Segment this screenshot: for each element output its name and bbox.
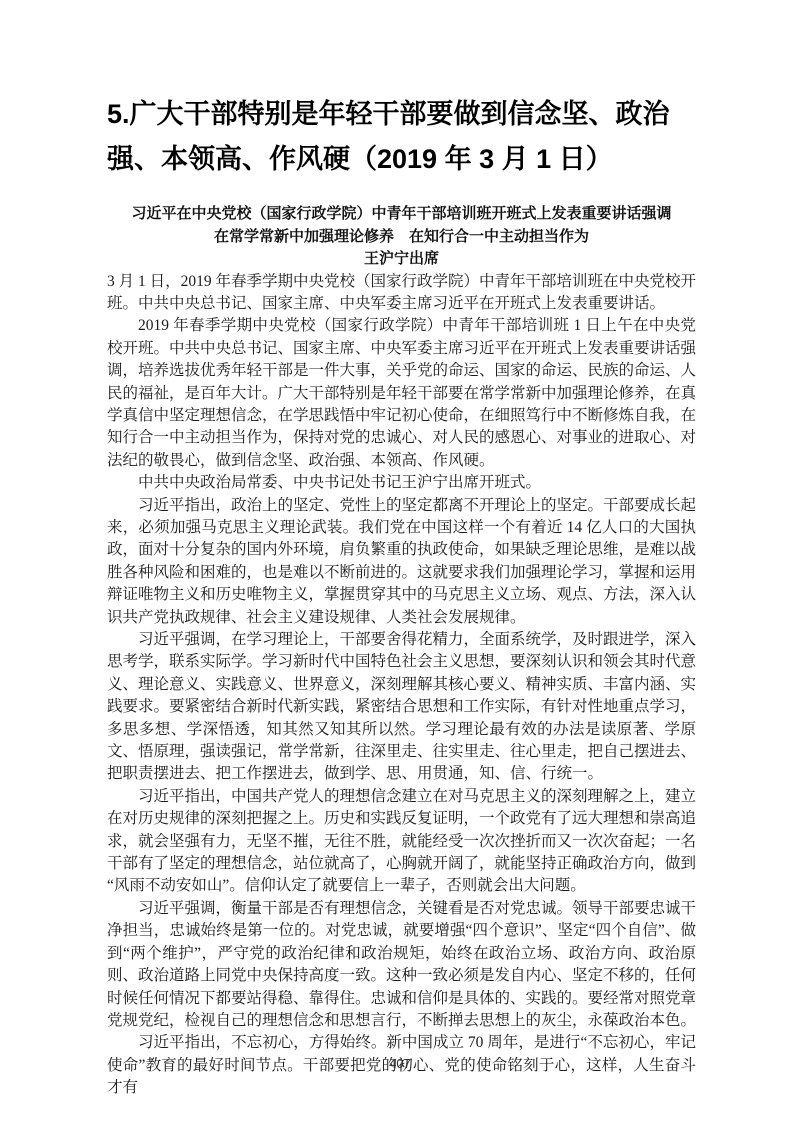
body-paragraph: 习近平指出，中国共产党人的理想信念建立在对马克思主义的深刻理解之上，建立在对历史… [107, 786, 696, 898]
subtitle-line-1: 习近平在中央党校（国家行政学院）中青年干部培训班开班式上发表重要讲话强调 [107, 203, 696, 226]
document-body: 3 月 1 日，2019 年春季学期中央党校（国家行政学院）中青年干部培训班在中… [107, 271, 696, 1100]
body-paragraph: 习近平强调，在学习理论上，干部要舍得花精力，全面系统学，及时跟进学，深入思考学，… [107, 629, 696, 786]
body-paragraph: 3 月 1 日，2019 年春季学期中央党校（国家行政学院）中青年干部培训班在中… [107, 271, 696, 316]
page-number: 407 [0, 1056, 800, 1071]
subtitle-line-3: 王沪宁出席 [107, 248, 696, 271]
body-paragraph: 习近平指出，政治上的坚定、党性上的坚定都离不开理论上的坚定。干部要成长起来，必须… [107, 495, 696, 629]
body-paragraph: 2019 年春季学期中央党校（国家行政学院）中青年干部培训班 1 日上午在中央党… [107, 315, 696, 472]
body-paragraph: 习近平强调，衡量干部是否有理想信念，关键看是否对党忠诚。领导干部要忠诚干净担当，… [107, 898, 696, 1032]
body-paragraph: 中共中央政治局常委、中央书记处书记王沪宁出席开班式。 [107, 472, 696, 494]
document-page: 5.广大干部特别是年轻干部要做到信念坚、政治强、本领高、作风硬（2019 年 3… [0, 0, 800, 1133]
subtitle-block: 习近平在中央党校（国家行政学院）中青年干部培训班开班式上发表重要讲话强调 在常学… [107, 203, 696, 271]
document-title: 5.广大干部特别是年轻干部要做到信念坚、政治强、本领高、作风硬（2019 年 3… [107, 92, 696, 182]
subtitle-line-2: 在常学常新中加强理论修养 在知行合一中主动担当作为 [107, 226, 696, 249]
